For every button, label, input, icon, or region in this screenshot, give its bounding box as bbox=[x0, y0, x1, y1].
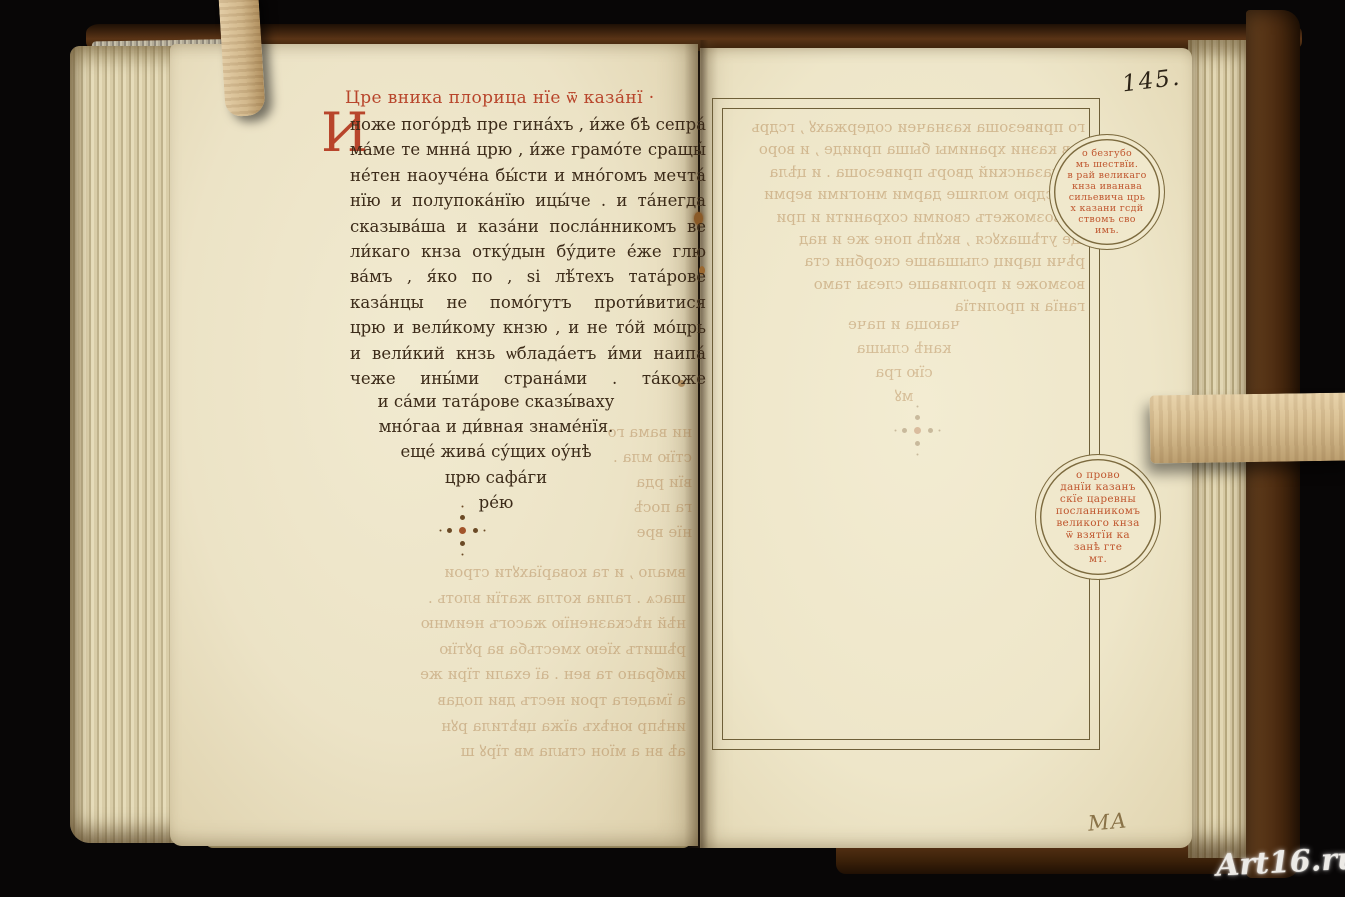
bleedthrough-line: ще утѣшахꙋся , вкꙋпѣ поне же и над bbox=[735, 228, 1085, 250]
manuscript-line: црю сафа́ги bbox=[328, 465, 664, 490]
manuscript-line: чеже ины́ми страна́ми . та́коже bbox=[350, 366, 706, 391]
medallion-line: скїе царевны bbox=[1060, 493, 1136, 505]
manuscript-line: мно́гаа и ди́вная знаме́нїя. bbox=[328, 414, 664, 439]
site-watermark: Art16.ru bbox=[1215, 841, 1345, 883]
manuscript-line: и вели́кий кнзь ѡблада́етъ и́ми наипа́ bbox=[350, 341, 706, 366]
medallion-line: в рай великаго bbox=[1067, 170, 1146, 181]
medallion-line: о безгубо bbox=[1082, 148, 1132, 159]
medallion-line: ствомъ сво bbox=[1078, 214, 1136, 225]
bleedthrough-line: ко гсдрю моляше дарми многими верми bbox=[735, 183, 1085, 205]
medallion-line: сильевича црь bbox=[1069, 192, 1145, 203]
bleedthrough-line: вмало , и та коварїахꙋти строи bbox=[282, 560, 686, 586]
bleedthrough-line: сїю гра bbox=[788, 360, 1020, 384]
dotted-cross-ornament bbox=[442, 508, 482, 552]
bleedthrough-line: рѣшитъ хїею хместьба ва рꙋтїю bbox=[282, 637, 686, 663]
medallion-line: занѣ гте bbox=[1074, 541, 1123, 553]
manuscript-line: сказыва́ша и каза́ни посла́нникомъ ве bbox=[350, 214, 706, 239]
wooden-stick-right bbox=[1150, 393, 1345, 464]
marginal-medallion-top: о безгубомъ шествїи.в рай великагокнза и… bbox=[1049, 134, 1165, 250]
bleedthrough-line: чающа и паче bbox=[788, 312, 1020, 336]
quire-mark: МА bbox=[1087, 808, 1128, 835]
medallion-line: данїи казанъ bbox=[1060, 481, 1136, 493]
medallion-line: посланникомъ bbox=[1056, 505, 1140, 517]
bleedthrough-line: и в казни хранимы быша прииде , и воро bbox=[735, 138, 1085, 160]
manuscript-line: ва́мъ , я́ко по , ѕі лѣ́техъ тата́рове bbox=[350, 264, 706, 289]
manuscript-taper-ending: и са́ми тата́рове сказы́вахумно́гаа и ди… bbox=[328, 389, 664, 515]
bleedthrough-line: нїе вре bbox=[552, 520, 692, 545]
manuscript-line: црю и вели́кому кнзю , и не то́й мо́црь bbox=[350, 315, 706, 340]
bleedthrough-line: а їмадега трои нестъ дви подав bbox=[282, 688, 686, 714]
manuscript-line: ма́ме те мнна́ црю , и́же грамо́те сращы… bbox=[350, 137, 706, 162]
bleedthrough-line: рѣчи цариц слышавше скорбни ста bbox=[735, 250, 1085, 272]
manuscript-line: ноже пого́рдѣ пре гина́хъ , и́же бѣ сепр… bbox=[350, 112, 706, 137]
bleedthrough-line: го привезоша казначеи содержахꙋ , гсдрь bbox=[735, 116, 1085, 138]
bleedthrough-line: шасѧ . галиа котла жатїи влоть . bbox=[282, 586, 686, 612]
medallion-line: о прово bbox=[1076, 469, 1120, 481]
chapter-heading-rubric: Цре вника плорица нїе ѿ каза́нї · bbox=[345, 88, 705, 108]
bleedthrough-line: на казанский дворъ привезоша . и цѣла bbox=[735, 161, 1085, 183]
manuscript-line: ре́ю bbox=[328, 490, 664, 515]
right-page-bleedthrough-taper: чающа и пачеканѣ слышасїю грамꙋ bbox=[788, 312, 1020, 408]
manuscript-line: и са́ми тата́рове сказы́ваху bbox=[328, 389, 664, 414]
manuscript-line: нїю и полупока́нїю ицы́че . и та́негда bbox=[350, 188, 706, 213]
bleedthrough-cross-ornament bbox=[898, 408, 938, 452]
wooden-stick-top bbox=[218, 0, 265, 117]
marginal-medallion-bottom: о проводанїи казанъскїе царевныпосланник… bbox=[1035, 454, 1161, 580]
bleedthrough-line: имбрано та вен . аї ехали тїри же bbox=[282, 662, 686, 688]
bleedthrough-line: аѣ вн а мїон стыла мв тїрꙋ ш bbox=[282, 739, 686, 765]
bleedthrough-line: канѣ слыша bbox=[788, 336, 1020, 360]
medallion-line: великого кнза bbox=[1056, 517, 1139, 529]
right-page-bleedthrough-text: го привезоша казначеи содержахꙋ , гсдрьи… bbox=[735, 116, 1085, 318]
manuscript-line: не́тен наоуче́на бы́сти и мно́гомъ мечта… bbox=[350, 163, 706, 188]
medallion-line: ѿ взятїи ка bbox=[1066, 529, 1130, 541]
manuscript-text-block: ноже пого́рдѣ пре гина́хъ , и́же бѣ сепр… bbox=[350, 112, 706, 391]
medallion-line: мт. bbox=[1089, 553, 1107, 565]
manuscript-line: ли́каго кнза отку́дын бу́дите е́же глю bbox=[350, 239, 706, 264]
bleedthrough-line: возможе и проливаше слезы тамо bbox=[735, 273, 1085, 295]
medallion-line: х казани гсдй bbox=[1071, 203, 1144, 214]
left-page-bleedthrough-text: вмало , и та коварїахꙋти строишасѧ . гал… bbox=[282, 560, 686, 765]
bleedthrough-line: мꙋ bbox=[788, 384, 1020, 408]
medallion-line: имъ. bbox=[1095, 225, 1119, 236]
medallion-line: кнза иванава bbox=[1072, 181, 1142, 192]
manuscript-line: каза́нцы не помо́гутъ проти́витися bbox=[350, 290, 706, 315]
bleedthrough-line: да возможетъ своими сохранити и при bbox=[735, 206, 1085, 228]
bleedthrough-line: нѣй нѣсказненїю жасогъ неимню bbox=[282, 611, 686, 637]
medallion-line: мъ шествїи. bbox=[1076, 159, 1139, 170]
manuscript-photo: Цре вника плорица нїе ѿ каза́нї · И ноже… bbox=[0, 0, 1345, 897]
bleedthrough-line: инѣпр юнѣхъ аїжа цвѣтила рꙋн bbox=[282, 714, 686, 740]
manuscript-line: еще́ жива́ су́щих оу́нѣ bbox=[328, 439, 664, 464]
